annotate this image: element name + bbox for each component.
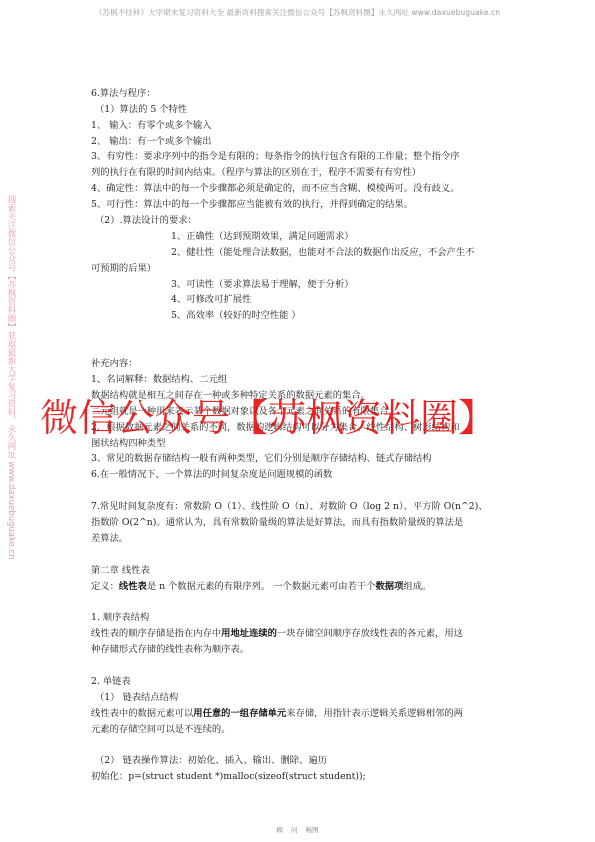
bold-term: 数据项 <box>376 581 404 592</box>
header-banner: 《苏枫不挂科》大学期末复习资料大全 最新资料搜索关注微信公众号【苏枫资料圈】永久… <box>0 7 595 18</box>
subsection-title: 2. 单链表 <box>91 674 511 690</box>
paragraph-line: 线性表的顺序存储是指在内存中用地址连续的一块存储空间顺序存放线性表的各元素，用这 <box>91 626 511 642</box>
page-footer: 顾 问 畅图 <box>0 825 595 834</box>
list-item: 4、确定性：算法中的每一个步骤都必须是确定的，而不应当含糊、模棱两可。没有歧义。 <box>91 181 511 197</box>
bold-term: 线性表 <box>119 581 147 592</box>
list-item: 3、有穷性：要求序列中的指令是有限的；每条指令的执行包含有限的工作量；整个指令序 <box>91 149 511 165</box>
paragraph-line: 图状结构四种类型 <box>91 436 511 452</box>
paragraph-line: 种存储形式存储的线性表称为顺序表。 <box>91 642 511 658</box>
list-item: 1、正确性（达到预期效果，满足问题需求） <box>91 229 511 245</box>
subsection-title: （2）.算法设计的要求： <box>91 213 511 229</box>
subsection-title: （1）算法的 5 个特性 <box>91 102 511 118</box>
list-item: 3、可读性（要求算法易于理解，便于分析） <box>91 277 511 293</box>
definition-line: 定义：线性表是 n 个数据元素的有限序列。 一个数据元素可由若干个数据项组成。 <box>91 579 511 595</box>
list-item: 2、 输出：有一个或多个输出 <box>91 134 511 150</box>
paragraph-line: 线性表中的数据元素可以用任意的一组存储单元来存储，用指针表示逻辑关系逻辑相邻的两 <box>91 706 511 722</box>
list-item: 列的执行在有限的时间内结束。（程序与算法的区别在于，程序不需要有有穷性） <box>91 165 511 181</box>
subsection-title: （2） 链表操作算法：初始化、插入、输出、删除、遍历 <box>91 753 511 769</box>
list-item: 4、可修改可扩展性 <box>91 292 511 308</box>
subsection-title: （1） 链表结点结构 <box>91 690 511 706</box>
paragraph-line: 指数阶 O(2^n)。通常认为，具有常数阶量级的算法是好算法，而具有指数阶量级的… <box>91 515 511 531</box>
paragraph-line: 元素的存储空间可以是不连续的。 <box>91 722 511 738</box>
document-body: 6.算法与程序： （1）算法的 5 个特性 1、 输入：有零个或多个输入 2、 … <box>91 70 511 785</box>
paragraph-line: 数据结构就是相互之间存在一种或多种特定关系的数据元素的集合。 <box>91 388 511 404</box>
paragraph-line: 2、根据数据元素之间关系的不同，数据的逻辑结构可以分为集合、线性结构、树形结构和 <box>91 420 511 436</box>
list-item: 2、健壮性（能处理合法数据，也能对不合法的数据作出反应，不会产生不 <box>91 245 511 261</box>
supplement-title: 补充内容： <box>91 356 511 372</box>
section-title: 6.算法与程序： <box>91 86 511 102</box>
bold-term: 用地址连续的 <box>221 628 277 639</box>
paragraph-line: 3、常见的数据存储结构一般有两种类型，它们分别是顺序存储结构、链式存储结构 <box>91 451 511 467</box>
paragraph-line: 7.常见时间复杂度有：常数阶 O（1）、线性阶 O（n）、对数阶 O（log 2… <box>91 499 511 515</box>
list-item-continuation: 可预期的后果） <box>91 261 511 277</box>
chapter-title: 第二章 线性表 <box>91 563 511 579</box>
subsection-title: 1. 顺序表结构 <box>91 610 511 626</box>
code-line: 初始化：p=(struct student *)malloc(sizeof(st… <box>91 769 511 785</box>
paragraph-line: 差算法。 <box>91 531 511 547</box>
paragraph-line: 6.在一般情况下，一个算法的时间复杂度是问题规模的函数 <box>91 467 511 483</box>
list-item: 1、 输入：有零个或多个输入 <box>91 118 511 134</box>
bold-term: 用任意的一组存储单元 <box>193 708 286 719</box>
list-item: 5、高效率（较好的时空性能 ） <box>91 308 511 324</box>
side-watermark: 搜索关注微信公众号【苏枫资料圈】获取最新大学复习资料，永久网址 www.daxu… <box>4 195 16 625</box>
paragraph-line: 1、名词解释：数据结构、二元组 <box>91 372 511 388</box>
paragraph-line: 二元组就是一种用来表示某个数据对象以及各个元素之间关系的有限集合。 <box>91 404 511 420</box>
list-item: 5、可行性：算法中的每一个步骤都应当能被有效的执行，并得到确定的结果。 <box>91 197 511 213</box>
